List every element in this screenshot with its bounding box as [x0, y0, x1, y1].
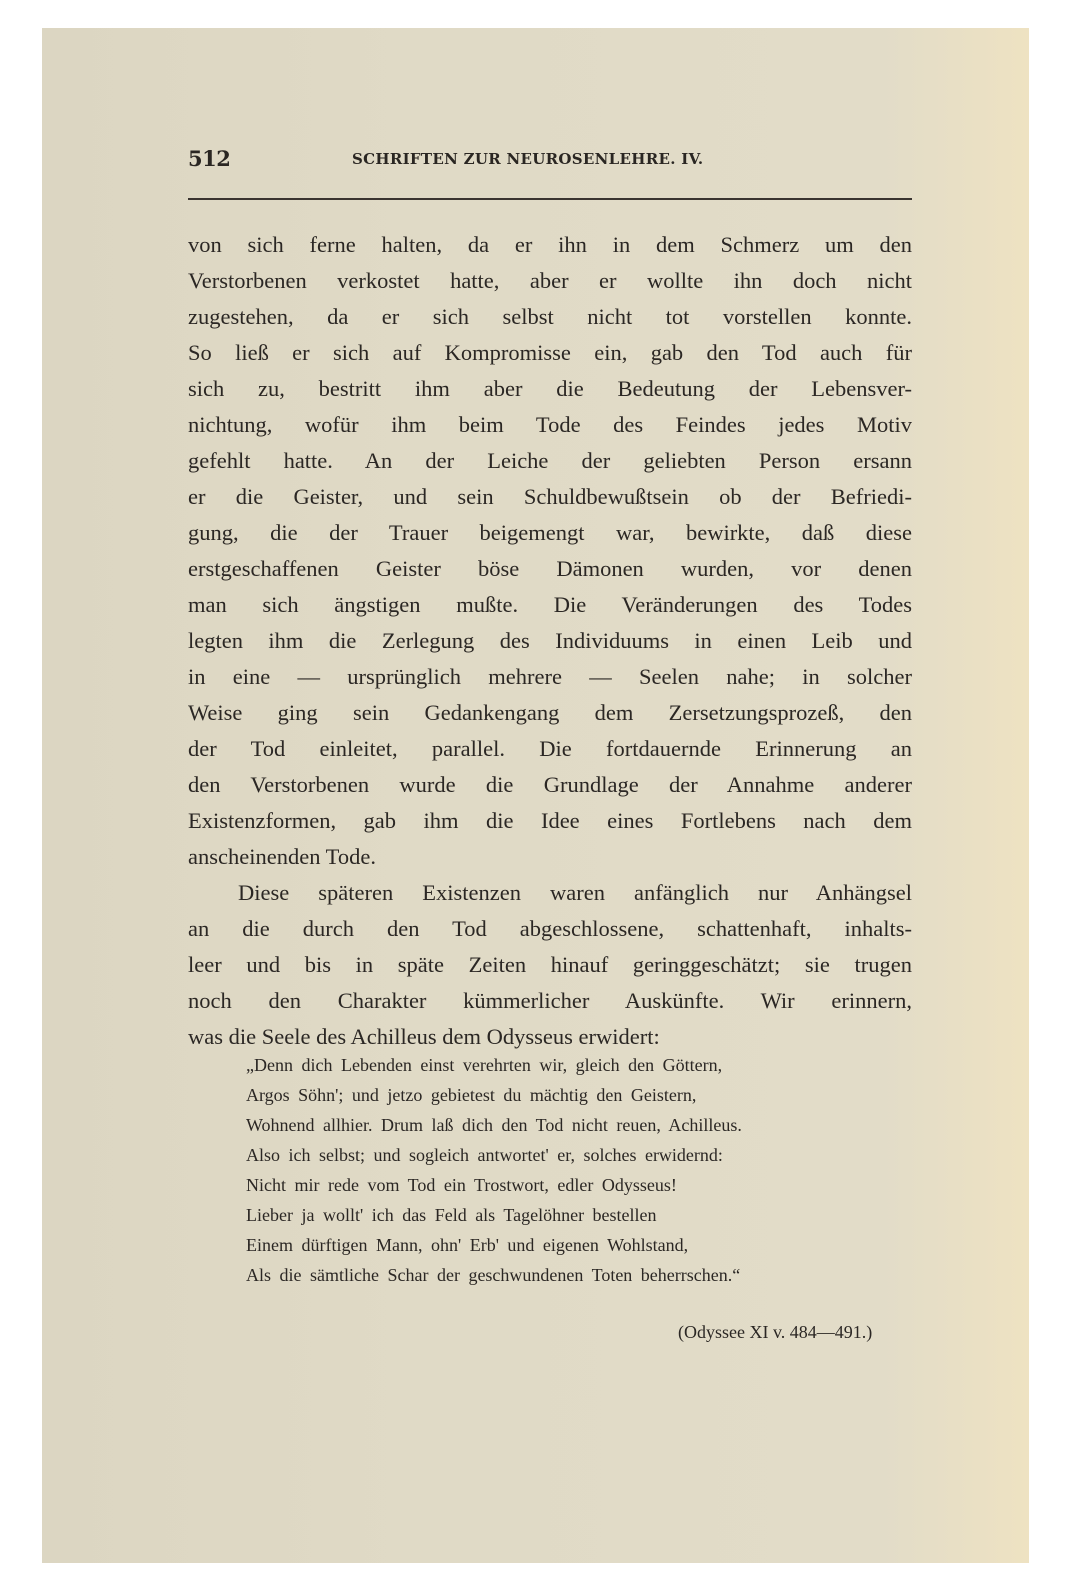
- text-line: Verstorbenen verkostet hatte, aber er wo…: [188, 263, 912, 299]
- page-header: 512 SCHRIFTEN ZUR NEUROSENLEHRE. IV.: [188, 146, 912, 176]
- text-line: legten ihm die Zerlegung des Individuums…: [188, 623, 912, 659]
- text-line: leer und bis in späte Zeiten hinauf geri…: [188, 947, 912, 983]
- text-line: anscheinenden Tode.: [188, 839, 912, 875]
- verse-line: Lieber ja wollt' ich das Feld als Tagelö…: [246, 1200, 946, 1230]
- text-line: erstgeschaffenen Geister böse Dämonen wu…: [188, 551, 912, 587]
- header-rule: [188, 198, 912, 200]
- text-line: an die durch den Tod abgeschlossene, sch…: [188, 911, 912, 947]
- verse-line: Wohnend allhier. Drum laß dich den Tod n…: [246, 1110, 946, 1140]
- text-line: er die Geister, und sein Schuldbewußtsei…: [188, 479, 912, 515]
- text-line: gung, die der Trauer beigemengt war, bew…: [188, 515, 912, 551]
- text-line: den Verstorbenen wurde die Grundlage der…: [188, 767, 912, 803]
- verse-line: „Denn dich Lebenden einst verehrten wir,…: [246, 1050, 946, 1080]
- text-line: noch den Charakter kümmerlicher Auskünft…: [188, 983, 912, 1019]
- paragraph-2: Diese späteren Existenzen waren anfängli…: [188, 875, 912, 1055]
- text-line: nichtung, wofür ihm beim Tode des Feinde…: [188, 407, 912, 443]
- text-line: man sich ängstigen mußte. Die Veränderun…: [188, 587, 912, 623]
- text-line: So ließ er sich auf Kompromisse ein, gab…: [188, 335, 912, 371]
- verse-line: Einem dürftigen Mann, ohn' Erb' und eige…: [246, 1230, 946, 1260]
- verse-line: Nicht mir rede vom Tod ein Trostwort, ed…: [246, 1170, 946, 1200]
- verse-quotation: „Denn dich Lebenden einst verehrten wir,…: [246, 1050, 946, 1290]
- book-page: 512 SCHRIFTEN ZUR NEUROSENLEHRE. IV. von…: [42, 28, 1029, 1563]
- text-line: der Tod einleitet, parallel. Die fortdau…: [188, 731, 912, 767]
- body-text: von sich ferne halten, da er ihn in dem …: [188, 227, 912, 1055]
- text-line: von sich ferne halten, da er ihn in dem …: [188, 227, 912, 263]
- running-title: SCHRIFTEN ZUR NEUROSENLEHRE. IV.: [352, 150, 703, 168]
- page-number: 512: [188, 146, 230, 171]
- verse-line: Argos Söhn'; und jetzo gebietest du mäch…: [246, 1080, 946, 1110]
- text-line: gefehlt hatte. An der Leiche der geliebt…: [188, 443, 912, 479]
- text-line: Existenzformen, gab ihm die Idee eines F…: [188, 803, 912, 839]
- text-line: in eine — ursprünglich mehrere — Seelen …: [188, 659, 912, 695]
- paragraph-1: von sich ferne halten, da er ihn in dem …: [188, 227, 912, 875]
- text-line: Diese späteren Existenzen waren anfängli…: [188, 875, 912, 911]
- text-line: Weise ging sein Gedankengang dem Zersetz…: [188, 695, 912, 731]
- verse-line: Als die sämtliche Schar der geschwundene…: [246, 1260, 946, 1290]
- text-line: sich zu, bestritt ihm aber die Bedeutung…: [188, 371, 912, 407]
- text-line: zugestehen, da er sich selbst nicht tot …: [188, 299, 912, 335]
- verse-citation: (Odyssee XI v. 484—491.): [678, 1322, 872, 1343]
- verse-line: Also ich selbst; und sogleich antwortet'…: [246, 1140, 946, 1170]
